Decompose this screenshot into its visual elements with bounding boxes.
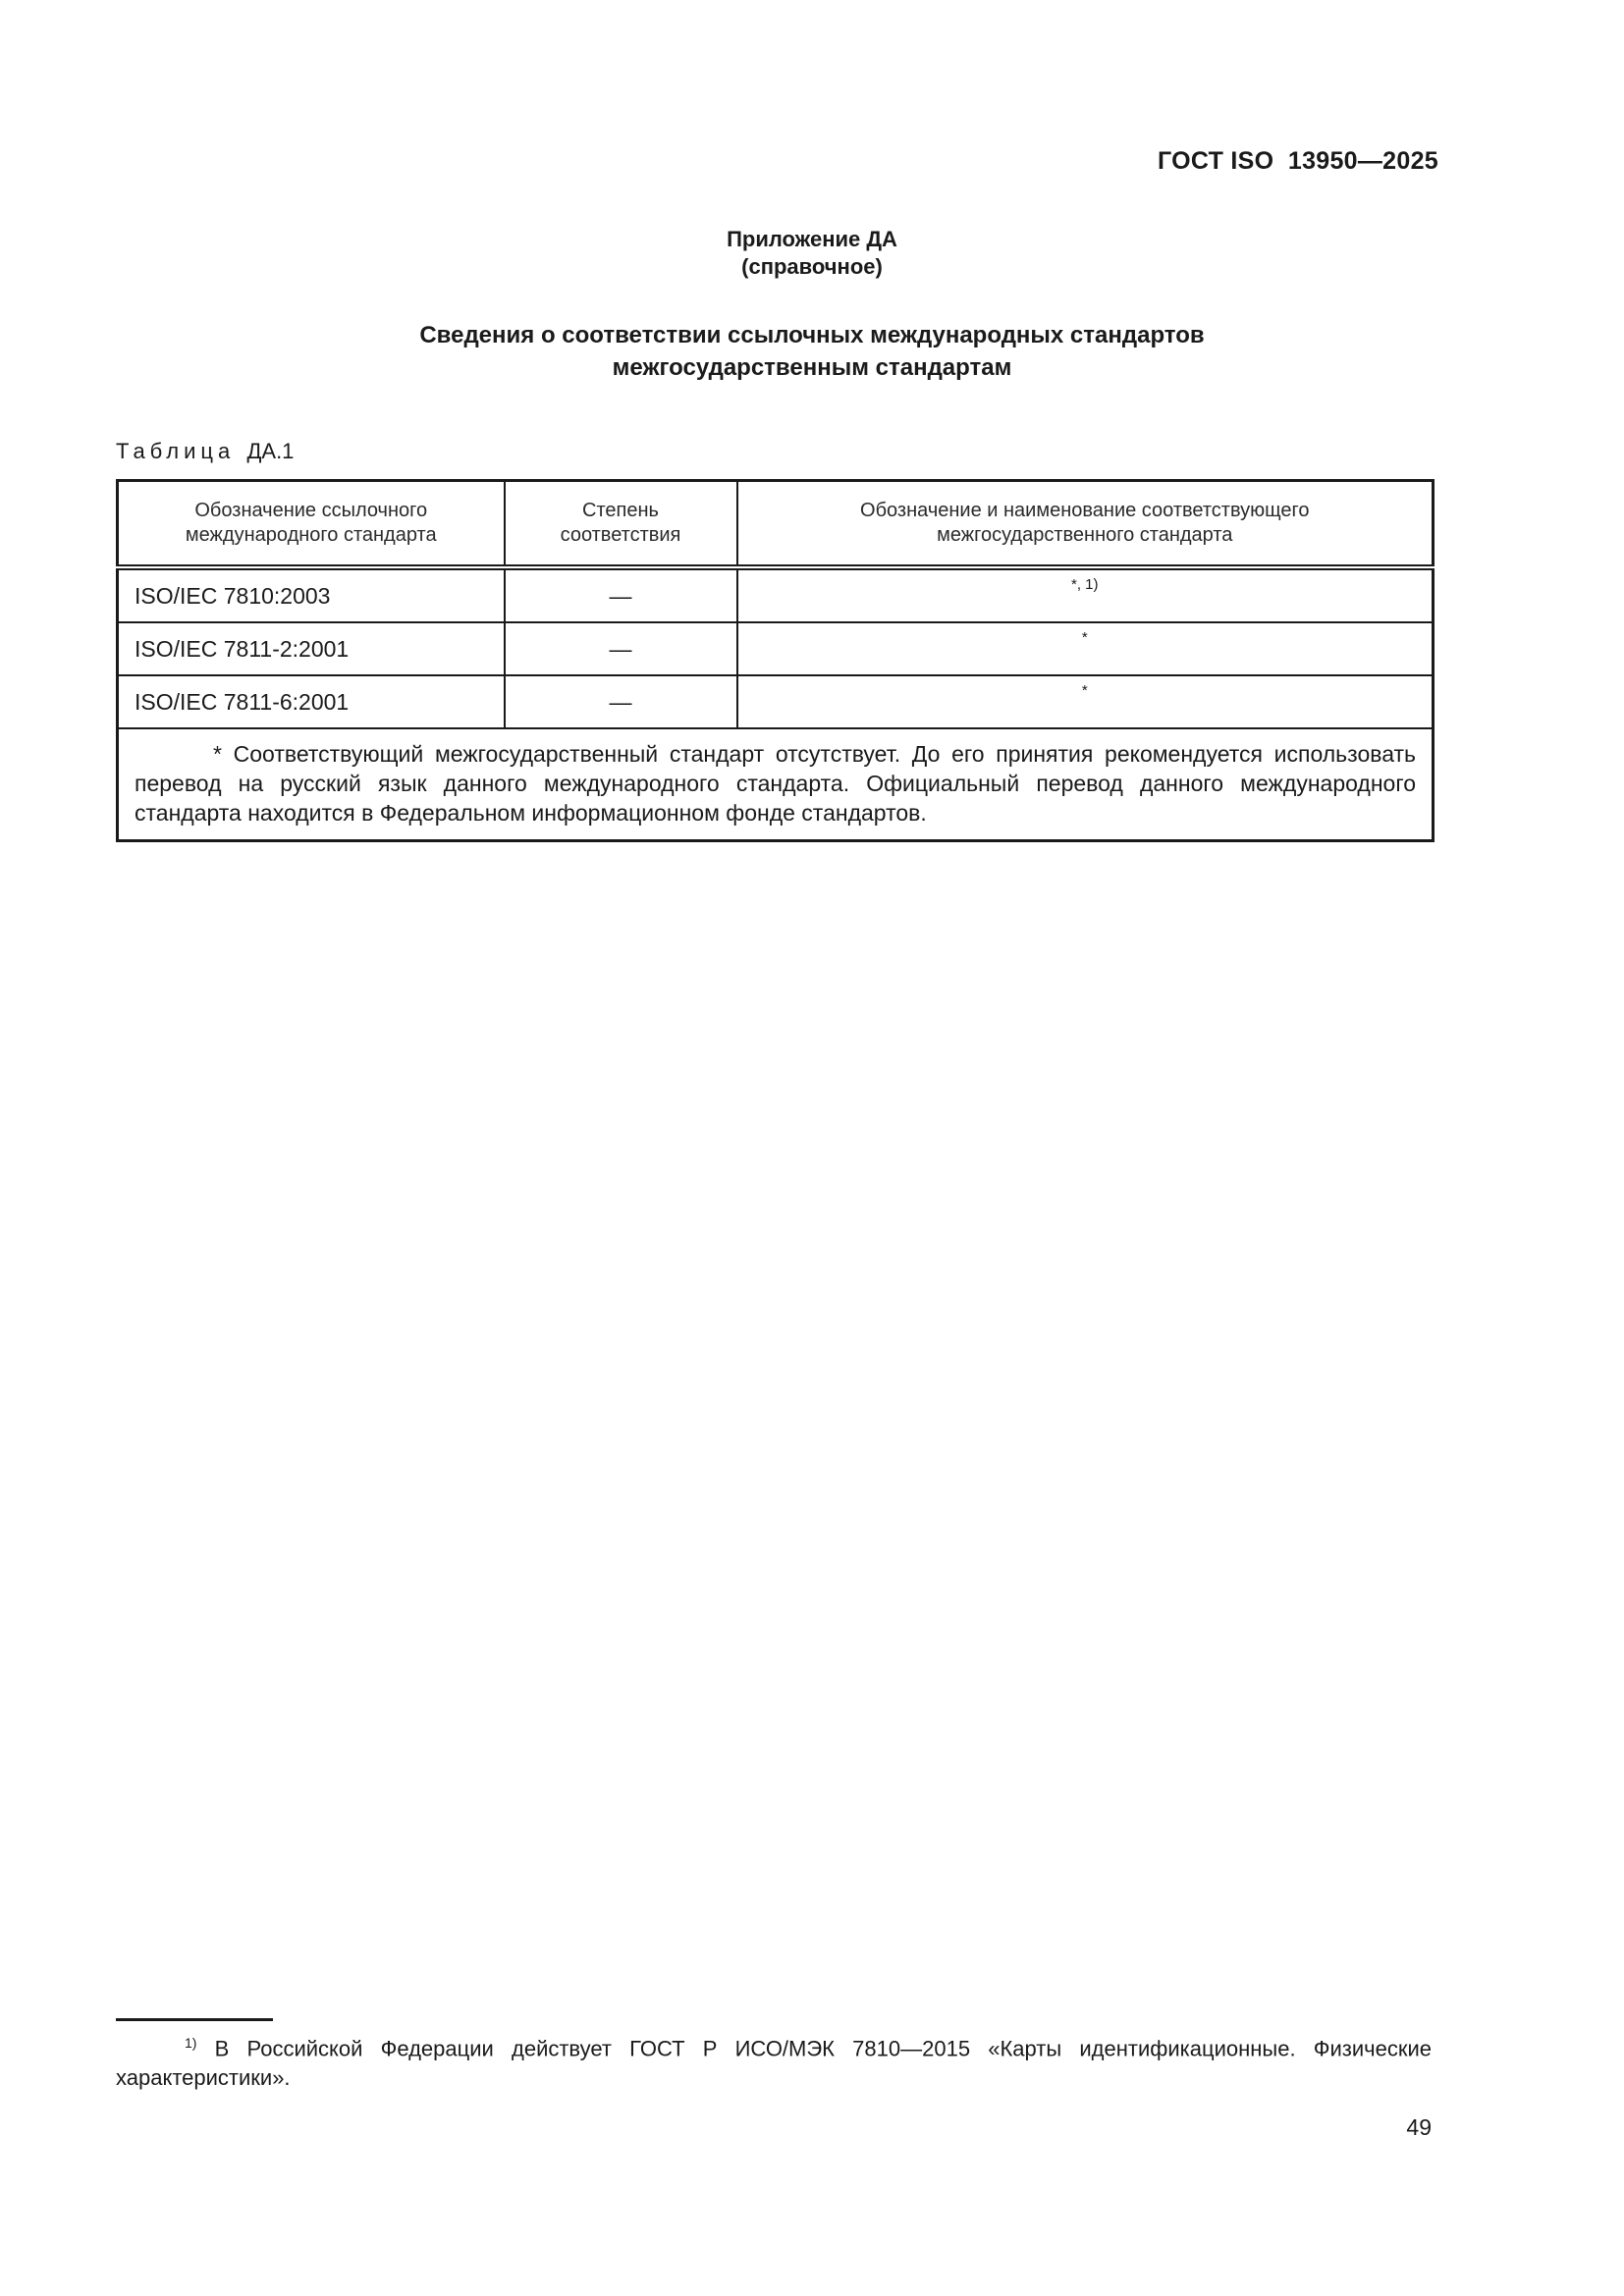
- annex-title: Приложение ДА: [0, 226, 1624, 253]
- header-interstate-standard: Обозначение и наименование соответствующ…: [737, 481, 1434, 568]
- cell-degree: —: [505, 622, 737, 675]
- header-ref-standard: Обозначение ссылочногомеждународного ста…: [118, 481, 505, 568]
- header-text: Степень: [506, 499, 736, 523]
- footnote-text: В Российской Федерации действует ГОСТ Р …: [116, 2036, 1432, 2090]
- table-row: ISO/IEC 7811-2:2001 — *: [118, 622, 1434, 675]
- cell-interstate: *: [737, 622, 1434, 675]
- header-degree: Степеньсоответствия: [505, 481, 737, 568]
- cell-ref: ISO/IEC 7811-2:2001: [118, 622, 505, 675]
- table-header-row: Обозначение ссылочногомеждународного ста…: [118, 481, 1434, 568]
- section-title: Сведения о соответствии ссылочных междун…: [0, 319, 1624, 384]
- section-title-line-2: межгосударственным стандартам: [0, 351, 1624, 384]
- cell-degree: —: [505, 675, 737, 728]
- cell-ref: ISO/IEC 7810:2003: [118, 567, 505, 622]
- annex-heading: Приложение ДА (справочное): [0, 226, 1624, 281]
- header-text: Обозначение и наименование соответствующ…: [738, 499, 1433, 523]
- table-row: ISO/IEC 7811-6:2001 — *: [118, 675, 1434, 728]
- standards-correspondence-table: Обозначение ссылочногомеждународного ста…: [116, 479, 1435, 842]
- header-text: Обозначение ссылочного: [119, 499, 504, 523]
- footnote-divider: [116, 2018, 273, 2021]
- cell-interstate: *: [737, 675, 1434, 728]
- page-number: 49: [1406, 2114, 1432, 2141]
- section-title-line-1: Сведения о соответствии ссылочных междун…: [0, 319, 1624, 351]
- annex-subtitle: (справочное): [0, 253, 1624, 281]
- table-caption: Таблица ДА.1: [116, 439, 294, 464]
- document-header-id: ГОСТ ISO 13950—2025: [1158, 147, 1438, 176]
- header-text: межгосударственного стандарта: [738, 523, 1433, 548]
- footnote-marker: 1): [185, 2035, 196, 2051]
- table-note-row: * Соответствующий межгосударственный ста…: [118, 728, 1434, 841]
- table-note: * Соответствующий межгосударственный ста…: [118, 728, 1434, 841]
- header-text: международного стандарта: [119, 523, 504, 548]
- header-text: соответствия: [506, 523, 736, 548]
- table-row: ISO/IEC 7810:2003 — *, 1): [118, 567, 1434, 622]
- cell-interstate: *, 1): [737, 567, 1434, 622]
- footnote: 1) В Российской Федерации действует ГОСТ…: [116, 2028, 1432, 2093]
- cell-degree: —: [505, 567, 737, 622]
- table-caption-word: Таблица: [116, 439, 235, 463]
- cell-ref: ISO/IEC 7811-6:2001: [118, 675, 505, 728]
- table-caption-id: ДА.1: [247, 439, 295, 463]
